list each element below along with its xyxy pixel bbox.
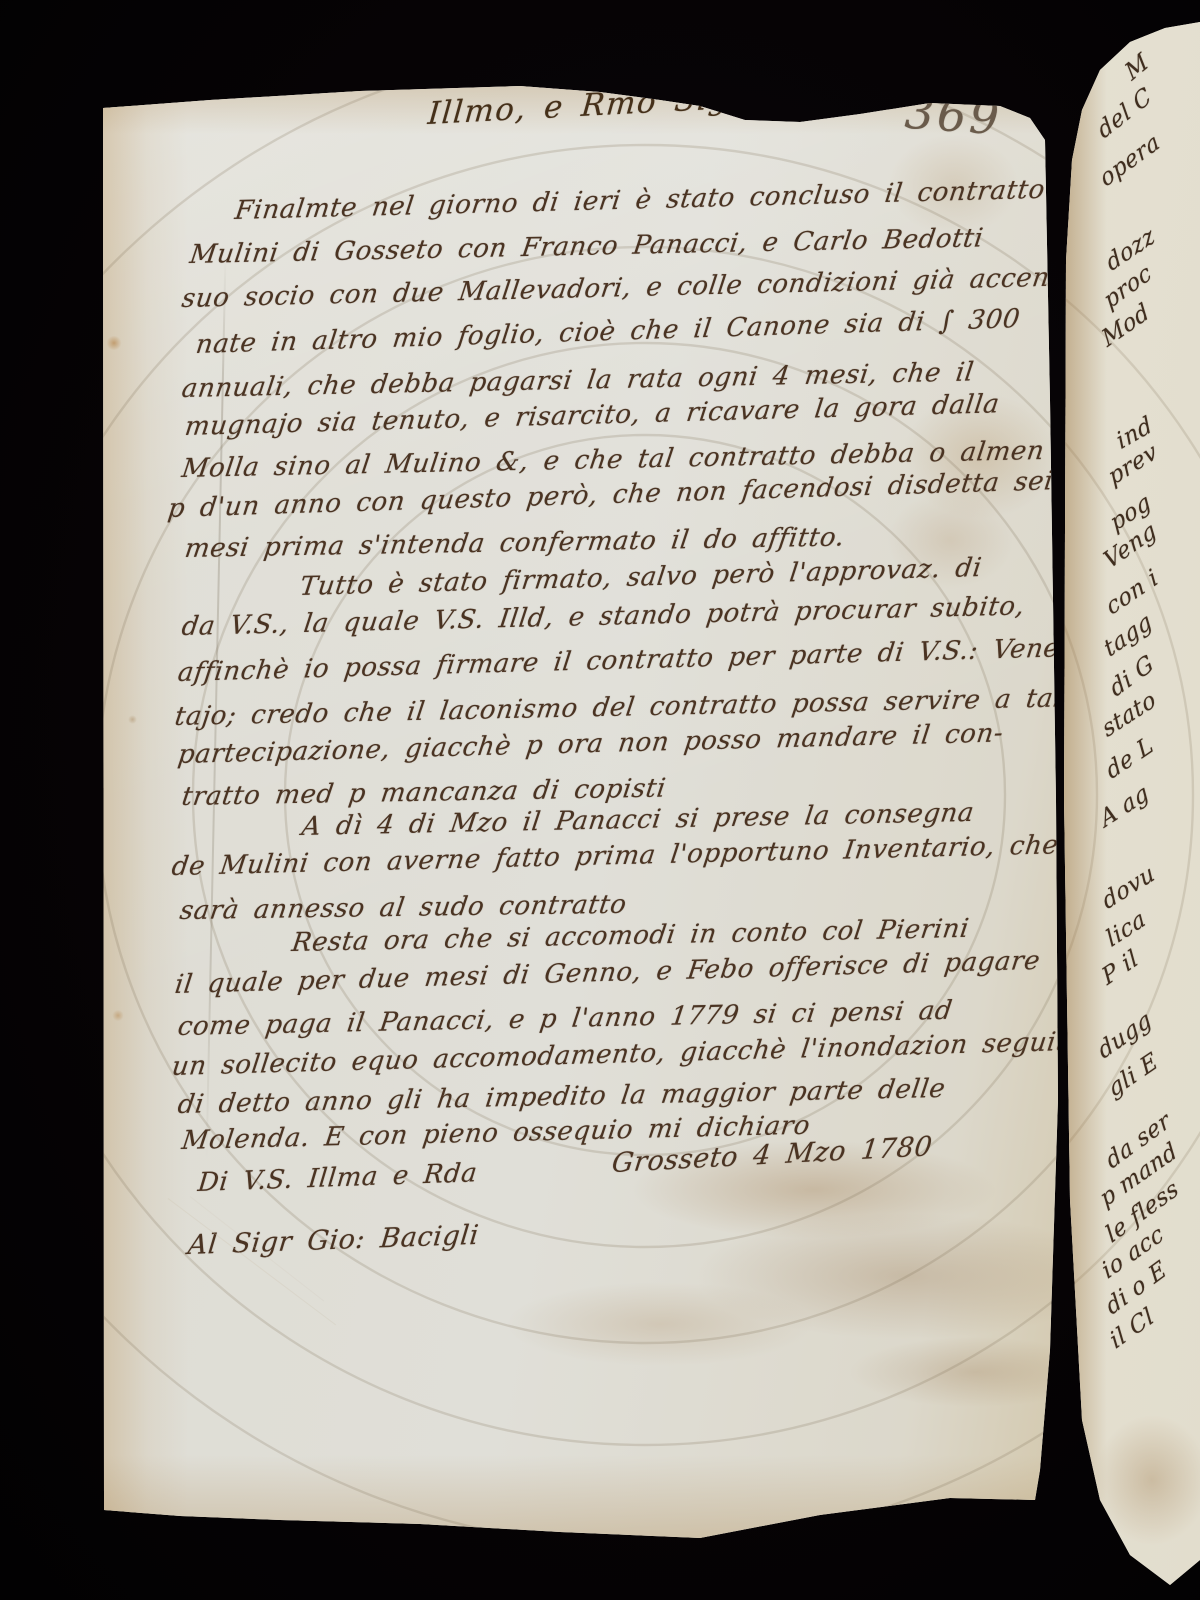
adjacent-page-fragment: dovu (1099, 860, 1159, 915)
foxing-spot (106, 336, 122, 350)
foxing-spot (128, 715, 137, 724)
adjacent-page-fragment: proc (1100, 259, 1156, 314)
adjacent-page-fragment: stato (1098, 686, 1160, 743)
letter-valediction: Di V.S. Illma e Rda (196, 1158, 478, 1198)
manuscript-line: di detto anno gli ha impedito la maggior… (176, 1074, 947, 1120)
stain-bottom-edge-band (100, 1455, 1050, 1545)
manuscript-line: sarà annesso al sudo contratto (178, 890, 629, 926)
manuscript-line: Finalmte nel giorno di ieri è stato conc… (233, 173, 1095, 226)
manuscript-line: affinchè io possa firmare il contratto p… (176, 633, 1071, 688)
manuscript-left-page: 369 Illmo, e Rmo Sigr Sigr Prone Finalmt… (0, 0, 1200, 1600)
manuscript-line: Mulini di Gosseto con Franco Panacci, e … (188, 223, 985, 270)
photo-canvas: 369 Illmo, e Rmo Sigr Sigr Prone Finalmt… (0, 0, 1200, 1600)
stain-left-edge-band (98, 95, 188, 1515)
stain-inner-margin (1062, 0, 1107, 1600)
adjacent-page-fragment: A ag (1096, 779, 1153, 832)
adjacent-page-fragment: P il (1098, 945, 1142, 991)
adjacent-page-fragment: M (1121, 48, 1153, 86)
foxing-spot (112, 1010, 124, 1021)
stain-right-page-bottom (1080, 1380, 1200, 1580)
adjacent-page-fragment: Mod (1098, 299, 1154, 353)
folio-number: 369 (903, 85, 1003, 146)
manuscript-line: nate in altro mio foglio, cioè che il Ca… (194, 304, 1022, 360)
manuscript-line: mesi prima s'intenda confermato il do af… (183, 522, 847, 564)
letter-salutation: Illmo, e Rmo Sigr Sigr Prone (426, 68, 954, 132)
letter-addressee: Al Sigr Gio: Bacigli (186, 1220, 480, 1261)
